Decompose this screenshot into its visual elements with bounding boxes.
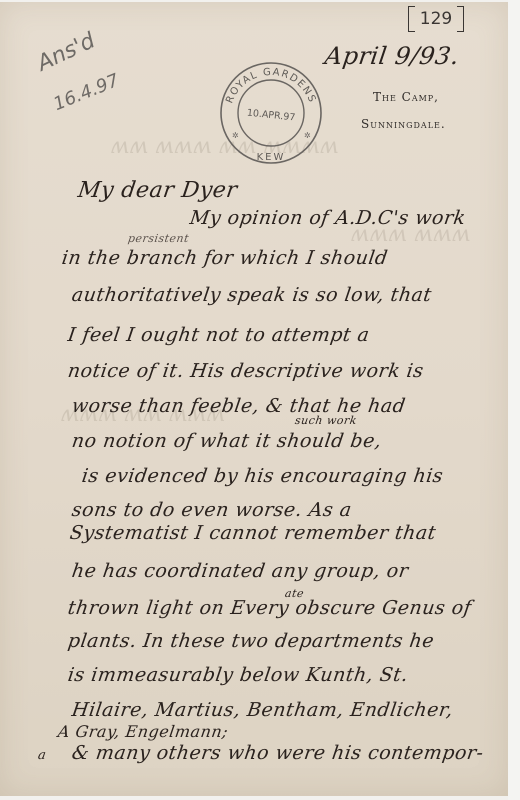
body-line: & many others who were his contempor- — [70, 742, 485, 764]
postmark-star-icon: ✲ — [232, 131, 239, 140]
body-line: notice of it. His descriptive work is — [66, 360, 425, 382]
body-line: authoritatively speak is so low, that — [70, 284, 433, 306]
royal-gardens-kew-postmark: ROYAL GARDENS KEW 10.APR.97 ✲ ✲ — [216, 58, 326, 168]
body-line: I feel I ought not to attempt a — [66, 324, 371, 346]
postmark-top-text: ROYAL GARDENS — [224, 67, 318, 105]
body-line: thrown light on Every obscure Genus of — [66, 597, 472, 619]
letter-page: ʍʍ ʍʍʍ ʍʍ ʍʍʍʍ ʍʍʍ ʍʍʍ ʍʍʍ ʍʍ ʍʍʍ 129 An… — [0, 2, 508, 796]
body-line: A Gray, Engelmann; — [57, 722, 230, 741]
salutation: My dear Dyer — [76, 178, 239, 203]
scan-border — [508, 0, 520, 800]
svg-text:ROYAL GARDENS: ROYAL GARDENS — [224, 67, 318, 105]
body-line: My opinion of A.D.C's work — [188, 207, 467, 229]
folio-number: 129 — [408, 7, 464, 31]
body-line: no notion of what it should be, — [70, 430, 383, 452]
postmark-bottom-text: KEW — [257, 152, 286, 163]
body-line: is immeasurably below Kunth, St. — [66, 664, 409, 686]
body-line: Systematist I cannot remember that — [68, 522, 437, 544]
insertion-such-work: such work — [294, 414, 358, 427]
postmark-date: 10.APR.97 — [246, 107, 296, 123]
postmark-star-icon: ✲ — [304, 131, 311, 140]
body-line: in the branch for which I should — [60, 247, 389, 269]
letter-date: April 9/93. — [323, 42, 461, 70]
body-line: sons to do even worse. As a — [70, 499, 353, 521]
letterhead-line-2: Sunningdale. — [361, 117, 446, 131]
answered-pencil-date: 16.4.97 — [51, 70, 123, 115]
body-line: Hilaire, Martius, Bentham, Endlicher, — [70, 699, 454, 721]
body-line: is evidenced by his encouraging his — [80, 465, 444, 487]
body-line: he has coordinated any group, or — [70, 560, 409, 582]
body-line: plants. In these two departments he — [66, 630, 435, 652]
answered-pencil-mark: Ans'd — [34, 28, 99, 76]
insertion-persistent: persistent — [127, 232, 190, 245]
letterhead-line-1: The Camp, — [373, 90, 439, 104]
margin-mark: a — [37, 748, 47, 763]
